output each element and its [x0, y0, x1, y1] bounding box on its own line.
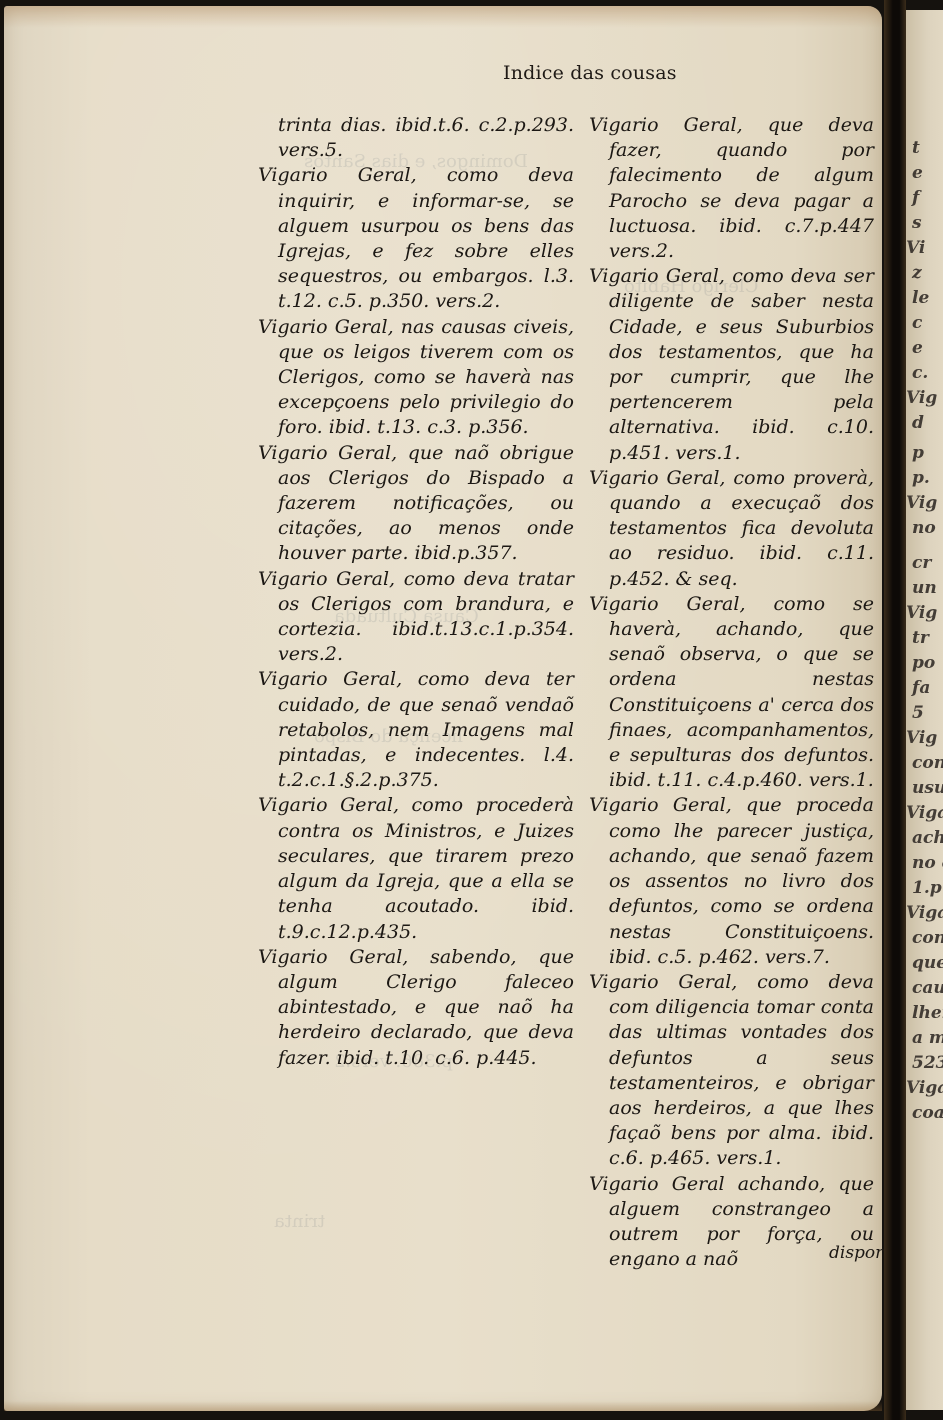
facing-page-fragment: c [912, 313, 922, 333]
facing-page-fragment: Vig [906, 493, 937, 513]
facing-page-fragment: no c [912, 853, 943, 873]
facing-page-fragment: p [912, 443, 924, 463]
index-entry: Vigario Geral, que proceda como lhe pare… [589, 793, 874, 969]
index-column-left: trinta dias. ibid.t.6. c.2.p.293. vers.5… [258, 113, 574, 1071]
facing-page-fragment: cr [912, 553, 931, 573]
facing-page-fragment: coatr [912, 1103, 943, 1123]
facing-page-fragment: cau [912, 978, 943, 998]
index-entry: Vigario Geral, como se haverà, achando, … [589, 592, 874, 794]
facing-page-fragment: f [912, 188, 919, 208]
facing-page-fragment: Viga [906, 803, 943, 823]
page-stain [4, 6, 882, 28]
index-entry: Vigario Geral, como deva com diligencia … [589, 970, 874, 1172]
facing-page-fragment: lher [912, 1003, 943, 1023]
facing-page-fragment: que [912, 953, 943, 973]
facing-page-fragment: tr [912, 628, 929, 648]
facing-page-fragment: Vigar [906, 903, 943, 923]
facing-page-fragment: 523 [912, 1053, 943, 1073]
index-entry: Vigario Geral, como deva ter cuidado, de… [258, 667, 574, 793]
scanned-book-spread: Domingos, e dias Santos Clerigo Habito l… [0, 0, 943, 1420]
facing-page-fragment: c. [912, 363, 928, 383]
index-entry: trinta dias. ibid.t.6. c.2.p.293. vers.5… [258, 113, 574, 163]
facing-page-fragment: a ma [912, 1028, 943, 1048]
facing-page-fragment: con [912, 928, 943, 948]
index-entry: Vigario Geral, como deva ser diligente d… [589, 264, 874, 466]
facing-page-fragment: ach [912, 828, 943, 848]
catchword: dispor [829, 1243, 883, 1263]
facing-page-fragment: 1.p [912, 878, 942, 898]
facing-page-fragment: e [912, 163, 923, 183]
book-gutter [884, 0, 906, 1420]
facing-page-fragment: con [912, 753, 943, 773]
index-entry: Vigario Geral, como procederà contra os … [258, 793, 574, 944]
facing-page-fragment: Vig [906, 388, 937, 408]
index-column-right: Vigario Geral, que deva fazer, quando po… [589, 113, 874, 1272]
running-header: Indice das cousas [503, 62, 677, 84]
facing-page-fragment: un [912, 578, 937, 598]
facing-page-fragment: Vig [906, 603, 937, 623]
facing-page-fragment: Vi [906, 238, 925, 258]
facing-page-fragment: le [912, 288, 929, 308]
index-entry: Vigario Geral, que naõ obrigue aos Cleri… [258, 441, 574, 567]
index-entry: Vigario Geral, como deva tratar os Cleri… [258, 567, 574, 668]
facing-page-fragment: po [912, 653, 935, 673]
facing-page-fragment: z [912, 263, 922, 283]
facing-page-fragment: s [912, 213, 922, 233]
index-entry: Vigario Geral, nas causas civeis, que os… [258, 315, 574, 441]
facing-page-edge: t e f s Vi z le c e c. Vig d p p. Vig no… [906, 10, 943, 1410]
index-entry: Vigario Geral, como deva inquirir, e inf… [258, 163, 574, 314]
facing-page-fragment: p. [912, 468, 930, 488]
facing-page-fragment: 5 [912, 703, 924, 723]
facing-page-fragment: d [912, 413, 924, 433]
show-through-text: trinta [274, 1211, 325, 1232]
index-entry: Vigario Geral, como proverà, quando a ex… [589, 466, 874, 592]
facing-page-fragment: fa [912, 678, 930, 698]
facing-page-fragment: Vigar [906, 1078, 943, 1098]
facing-page-fragment: no [912, 518, 936, 538]
page-edge [4, 1401, 882, 1411]
facing-page-fragment: t [912, 138, 920, 158]
facing-page-fragment: e [912, 338, 923, 358]
facing-page-fragment: Vig [906, 728, 937, 748]
facing-page-fragment: usu [912, 778, 943, 798]
index-entry: Vigario Geral, sabendo, que algum Clerig… [258, 945, 574, 1071]
index-entry: Vigario Geral, que deva fazer, quando po… [589, 113, 874, 264]
